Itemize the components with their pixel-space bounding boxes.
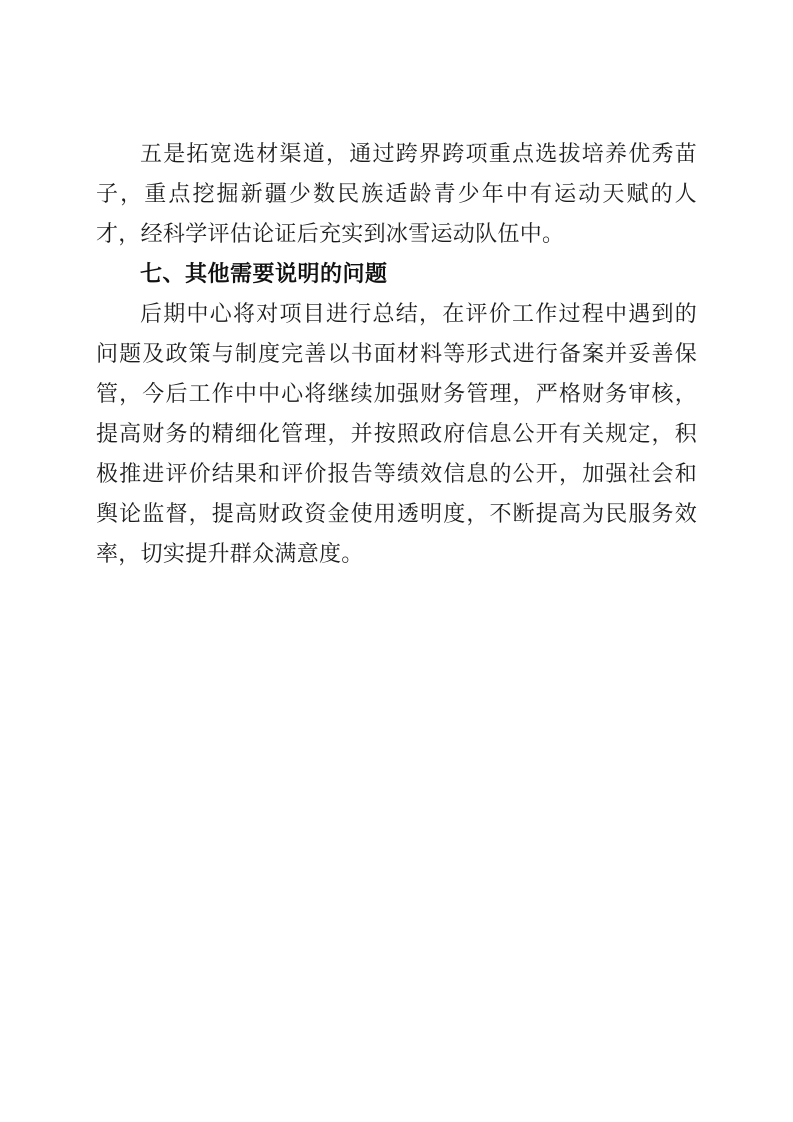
document-page: 五是拓宽选材渠道，通过跨界跨项重点选拔培养优秀苗子，重点挖掘新疆少数民族适龄青少… xyxy=(0,0,793,1122)
section-heading-other-issues: 七、其他需要说明的问题 xyxy=(96,254,697,294)
document-content: 五是拓宽选材渠道，通过跨界跨项重点选拔培养优秀苗子，重点挖掘新疆少数民族适龄青少… xyxy=(96,134,697,574)
paragraph-talent-selection: 五是拓宽选材渠道，通过跨界跨项重点选拔培养优秀苗子，重点挖掘新疆少数民族适龄青少… xyxy=(96,134,697,254)
paragraph-other-notes: 后期中心将对项目进行总结，在评价工作过程中遇到的问题及政策与制度完善以书面材料等… xyxy=(96,294,697,574)
